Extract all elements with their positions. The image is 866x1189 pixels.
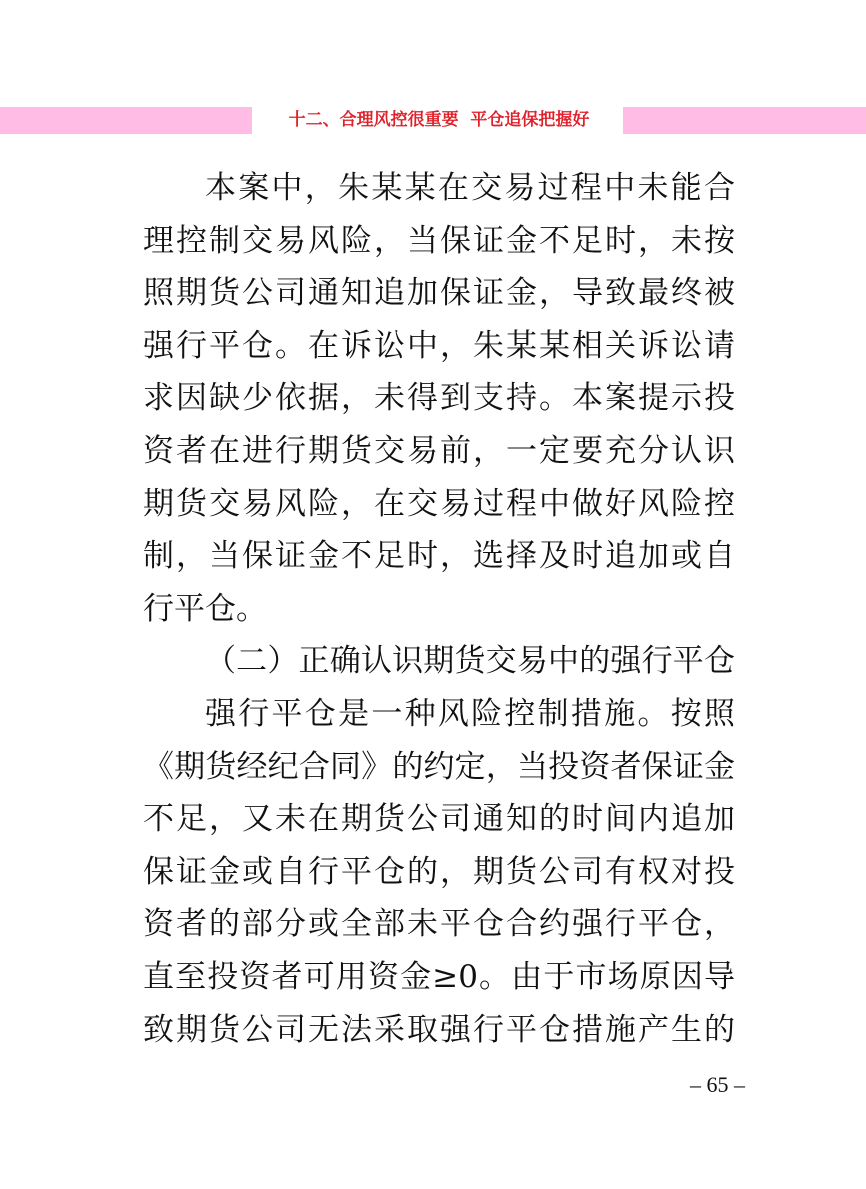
paragraph-line: 制，当保证金不足时，选择及时追加或自: [143, 530, 735, 583]
paragraph-line: 致期货公司无法采取强行平仓措施产生的: [143, 1004, 735, 1057]
running-header: 十二、合理风控很重要 平仓追保把握好: [0, 107, 866, 134]
paragraph-line: 资者在进行期货交易前，一定要充分认识: [143, 425, 735, 478]
paragraph-line: 求因缺少依据，未得到支持。本案提示投: [143, 372, 735, 425]
paragraph-line: 行平仓。: [143, 583, 735, 636]
section-heading: （二）正确认识期货交易中的强行平仓: [143, 635, 735, 688]
running-title: 十二、合理风控很重要 平仓追保把握好: [258, 107, 620, 134]
paragraph-line: 期货交易风险，在交易过程中做好风险控: [143, 478, 735, 531]
paragraph-line: 强行平仓。在诉讼中，朱某某相关诉讼请: [143, 320, 735, 373]
paragraph-line: 理控制交易风险，当保证金不足时，未按: [143, 215, 735, 268]
paragraph-line: 保证金或自行平仓的，期货公司有权对投: [143, 846, 735, 899]
header-band-right: [623, 107, 866, 134]
page-number: – 65 –: [690, 1072, 745, 1098]
body-text: 本案中，朱某某在交易过程中未能合 理控制交易风险，当保证金不足时，未按 照期货公…: [143, 162, 735, 1056]
paragraph-line: 本案中，朱某某在交易过程中未能合: [143, 162, 735, 215]
paragraph-line: 《期货经纪合同》的约定，当投资者保证金: [143, 741, 735, 794]
paragraph-line: 强行平仓是一种风险控制措施。按照: [143, 688, 735, 741]
paragraph-line: 直至投资者可用资金≥0。由于市场原因导: [143, 951, 735, 1004]
paragraph-line: 资者的部分或全部未平仓合约强行平仓，: [143, 898, 735, 951]
paragraph-line: 不足，又未在期货公司通知的时间内追加: [143, 793, 735, 846]
header-band-left: [0, 107, 252, 134]
paragraph-line: 照期货公司通知追加保证金，导致最终被: [143, 267, 735, 320]
